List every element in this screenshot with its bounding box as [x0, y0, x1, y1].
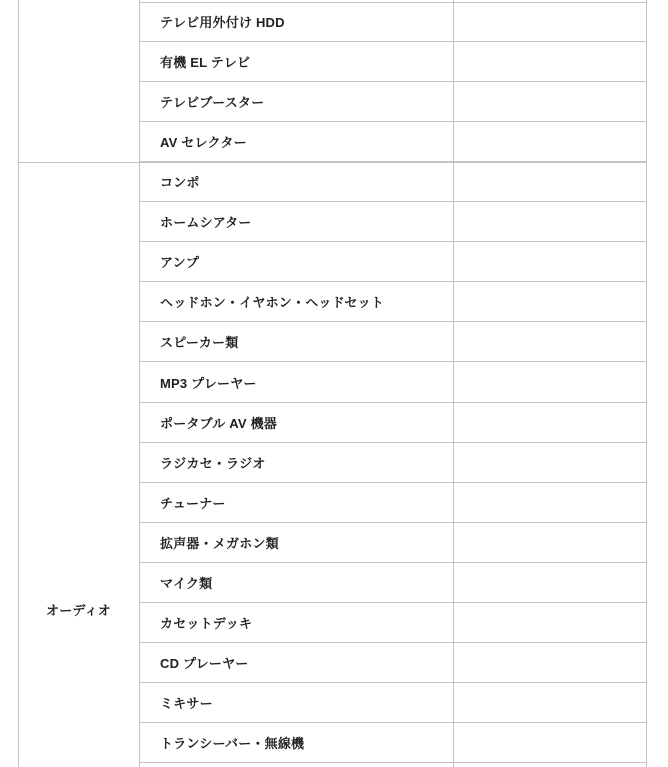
table-row: スピーカー類 — [139, 322, 646, 362]
table-left-border — [18, 0, 19, 767]
table-row: コンポ — [139, 162, 646, 202]
table-row: トランシーバー・無線機 — [139, 723, 646, 763]
table-row: ヘッドホン・イヤホン・ヘッドセット — [139, 282, 646, 322]
item-cell: テレビブースター — [139, 92, 264, 111]
table-row: テレビ用外付け HDD — [139, 2, 646, 42]
item-cell: ミキサー — [139, 693, 213, 712]
table-row: ポータブル AV 機器 — [139, 403, 646, 443]
table-right-border — [646, 0, 647, 767]
table-row: AV セレクター — [139, 122, 646, 162]
table-row: ミキサー — [139, 683, 646, 723]
item-cell: ポータブル AV 機器 — [139, 413, 277, 432]
item-cell: AV セレクター — [139, 132, 247, 151]
table-row: MP3 プレーヤー — [139, 362, 646, 403]
item-cell: CD プレーヤー — [139, 653, 248, 672]
table-row: チューナー — [139, 483, 646, 523]
item-cell: 有機 EL テレビ — [139, 52, 250, 71]
item-cell: 拡声器・メガホン類 — [139, 533, 279, 552]
table-row: ホームシアター — [139, 202, 646, 242]
table-row: カセットデッキ — [139, 603, 646, 643]
item-cell: チューナー — [139, 493, 226, 512]
item-cell: テレビ用外付け HDD — [139, 12, 285, 31]
table-row: テレビブースター — [139, 82, 646, 122]
table-row: 有機 EL テレビ — [139, 42, 646, 82]
table-row: ラジカセ・ラジオ — [139, 443, 646, 483]
item-cell: カセットデッキ — [139, 613, 252, 632]
table-row: マイク類 — [139, 563, 646, 603]
category-table-screen: テレビ用外付け HDD 有機 EL テレビ テレビブースター AV セレクター … — [0, 0, 668, 767]
item-cell: スピーカー類 — [139, 332, 238, 351]
item-cell: ホームシアター — [139, 212, 252, 231]
table-row: CD プレーヤー — [139, 643, 646, 683]
item-cell: MP3 プレーヤー — [139, 373, 257, 392]
table-row: 拡声器・メガホン類 — [139, 523, 646, 563]
category-cell-audio: オーディオ — [18, 596, 139, 622]
item-cell: コンポ — [139, 172, 200, 191]
item-cell: アンプ — [139, 252, 199, 271]
item-cell: マイク類 — [139, 573, 212, 592]
item-cell: トランシーバー・無線機 — [139, 733, 304, 752]
item-cell: ヘッドホン・イヤホン・ヘッドセット — [139, 292, 384, 311]
table-row: アンプ — [139, 242, 646, 282]
item-cell: ラジカセ・ラジオ — [139, 453, 266, 472]
